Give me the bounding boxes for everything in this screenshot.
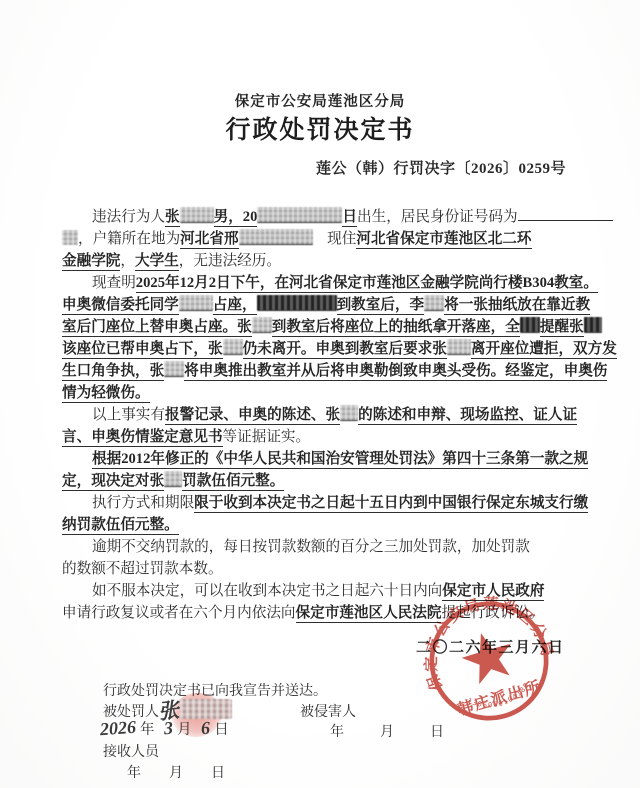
redaction-block [584, 317, 602, 333]
body-text-underlined: 该座位已帮申奥占下，张 [62, 341, 223, 359]
body-line: 言、申奥伤情鉴定意见书等证据证实。 [62, 426, 596, 448]
redaction-block [179, 295, 213, 311]
receiver-label: 接收人员 [103, 741, 159, 761]
seal-station-text: 韩庄派出所 [455, 677, 544, 719]
handwritten-date: 2026年 3月 6日 [100, 718, 235, 739]
body-text-underlined: 日 [342, 209, 357, 227]
body-text-underlined: 到教室后，李 [337, 297, 425, 315]
document-body: 违法行为人张男，20日出生，居民身份证号码为，户籍所在地为河北省邢 现住河北省保… [62, 206, 596, 624]
body-text: 执行方式和期限 [92, 495, 194, 511]
body-text-underlined: 根据2012年修正的《中华人民共和国治安管理处罚法》第四十三条第一款之规 [92, 451, 588, 469]
body-line: 现查明2025年12月2日下午，在河北省保定市莲池区金融学院尚行楼B304教室。 [62, 272, 596, 294]
body-line: 生口角争执，张将申奥推出教室并从后将申奥勒倒致申奥头受伤。经鉴定，申奥伤 [62, 360, 596, 382]
day-label: 日 [214, 722, 229, 738]
body-text-underlined: 河北省保定市莲池区北二环 [356, 231, 531, 249]
body-text-underlined: 室后门座位上替申奥占座。张 [62, 319, 252, 337]
body-text-underlined: 定，现决定对张 [62, 473, 164, 491]
year-label: 年 [127, 766, 141, 781]
body-text: 出生，居民身份证号码为 [357, 209, 518, 225]
victim-date-blanks: 年月日 [330, 721, 444, 741]
redaction-block [62, 230, 78, 245]
handwritten-year: 2026 [99, 717, 136, 740]
body-text-underlined: 离开座位遭拒，双方发 [471, 341, 617, 359]
handwritten-day: 6 [201, 718, 211, 740]
body-text: 现查明 [92, 275, 136, 291]
day-label: 日 [430, 725, 444, 740]
body-text-underlined: 报警记录、申奥的陈述、张 [165, 407, 340, 425]
body-text-underlined: 的陈述和申辩、现场监控、证人证 [358, 407, 577, 425]
body-text-underlined: 言、申奥伤情鉴定意见书 [62, 429, 223, 447]
body-text-underlined: 纳罚款伍佰元整。 [62, 517, 179, 535]
body-line: 金融学院，大学生，无违法经历。 [62, 250, 596, 272]
body-text-underlined: 金融学院 [62, 253, 120, 271]
redaction-block [340, 405, 358, 421]
body-text: ，户籍所在地为 [78, 231, 180, 247]
body-text-underlined: 张 [165, 209, 180, 227]
body-text: 违法行为人 [92, 209, 165, 225]
day-label: 日 [211, 766, 225, 781]
redaction-block [257, 295, 337, 311]
body-text: ， [120, 253, 135, 269]
month-label: 月 [169, 766, 183, 781]
receiver-date-blanks: 年月日 [127, 762, 225, 782]
body-line: 违法行为人张男，20日出生，居民身份证号码为 [62, 206, 596, 228]
body-line: 执行方式和期限限于收到本决定书之日起十五日内到中国银行保定东城支行缴 [62, 492, 596, 514]
redaction-block [520, 317, 540, 333]
body-line: 室后门座位上替申奥占座。张到教室后将座位上的抽纸拿开落座，全提醒张 [62, 316, 596, 338]
body-text-underlined: 仍未离开。申奥到教室后要求张 [243, 341, 447, 359]
body-text-underlined: 情为轻微伤。 [62, 385, 150, 403]
month-label: 月 [177, 722, 192, 738]
seal-star-icon [456, 626, 518, 687]
body-line: 定，现决定对张罚款伍佰元整。 [62, 470, 596, 492]
body-text: 的数额不超过罚款本数。 [62, 561, 223, 577]
redaction-block [257, 207, 342, 223]
year-label: 年 [140, 722, 155, 738]
victim-label: 被侵害人 [300, 701, 356, 721]
document-number: 莲公（韩）行罚决字〔2026〕0259号 [316, 157, 566, 178]
body-text-underlined: 生口角争执，张 [62, 363, 164, 381]
body-line: 申奥微信委托同学占座，到教室后，李将一张抽纸放在靠近教 [62, 294, 596, 316]
body-text-underlined: 占座， [213, 297, 257, 315]
body-line: 根据2012年修正的《中华人民共和国治安管理处罚法》第四十三条第一款之规 [62, 448, 596, 470]
body-text-underlined: 罚款伍佰元整。 [182, 473, 284, 491]
signature-redaction [180, 699, 232, 719]
body-text: 如不服本决定，可以在收到本决定书之日起六十日内向 [92, 583, 442, 599]
redaction-block [223, 339, 243, 355]
body-line: 以上事实有报警记录、申奥的陈述、张的陈述和申辩、现场监控、证人证 [62, 404, 596, 426]
body-text: 等证据证实。 [223, 429, 311, 445]
redaction-block [239, 229, 313, 245]
issuing-authority: 保定市公安局莲池区分局 [0, 90, 640, 111]
body-line: 情为轻微伤。 [62, 382, 596, 404]
body-text-underlined: 2025年12月2日下午，在河北省保定市莲池区金融学院尚行楼B304教室。 [136, 275, 598, 293]
body-text: 申请行政复议或者在六个月内依法向 [62, 605, 296, 621]
body-text-underlined: 提醒张 [540, 319, 584, 337]
body-line: 该座位已帮申奥占下，张仍未离开。申奥到教室后要求张离开座位遭拒，双方发 [62, 338, 596, 360]
redaction-block [447, 339, 471, 355]
document-title: 行政处罚决定书 [0, 110, 640, 146]
redaction-block [252, 317, 272, 333]
year-label: 年 [330, 725, 344, 740]
redaction-block [164, 361, 184, 377]
body-text-underlined: 大学生 [135, 253, 179, 271]
redaction-block [424, 295, 444, 311]
body-line: ，户籍所在地为河北省邢 现住河北省保定市莲池区北二环 [62, 228, 596, 250]
body-text: ，无违法经历。 [179, 253, 281, 269]
body-text-underlined: 将申奥推出教室并从后将申奥勒倒致申奥头受伤。经鉴定，申奥伤 [184, 363, 607, 381]
redaction-block [164, 471, 182, 487]
body-text-underlined: 限于收到本决定书之日起十五日内到中国银行保定东城支行缴 [194, 495, 588, 513]
body-text: 现住 [313, 231, 357, 247]
body-text-underlined: 申奥微信委托同学 [62, 297, 179, 315]
body-line: 纳罚款伍佰元整。 [62, 514, 596, 536]
body-text-underlined: 到教室后将座位上的抽纸拿开落座，全 [272, 319, 520, 337]
body-text-underlined: 河北省邢 [180, 231, 238, 249]
body-line: 逾期不交纳罚款的，每日按罚款数额的百分之三加处罚款，加处罚款 [62, 536, 596, 558]
redaction-block [180, 207, 214, 223]
body-text-underlined: 男，20 [214, 209, 258, 227]
body-text: 以上事实有 [92, 407, 165, 423]
month-label: 月 [380, 725, 394, 740]
document-page: 保定市公安局莲池区分局 行政处罚决定书 莲公（韩）行罚决字〔2026〕0259号… [0, 0, 640, 788]
handwritten-month: 3 [163, 718, 173, 740]
body-text-underlined: 将一张抽纸放在靠近教 [444, 297, 590, 315]
blank-field [518, 207, 613, 221]
body-text: 逾期不交纳罚款的，每日按罚款数额的百分之三加处罚款，加处罚款 [92, 539, 530, 555]
